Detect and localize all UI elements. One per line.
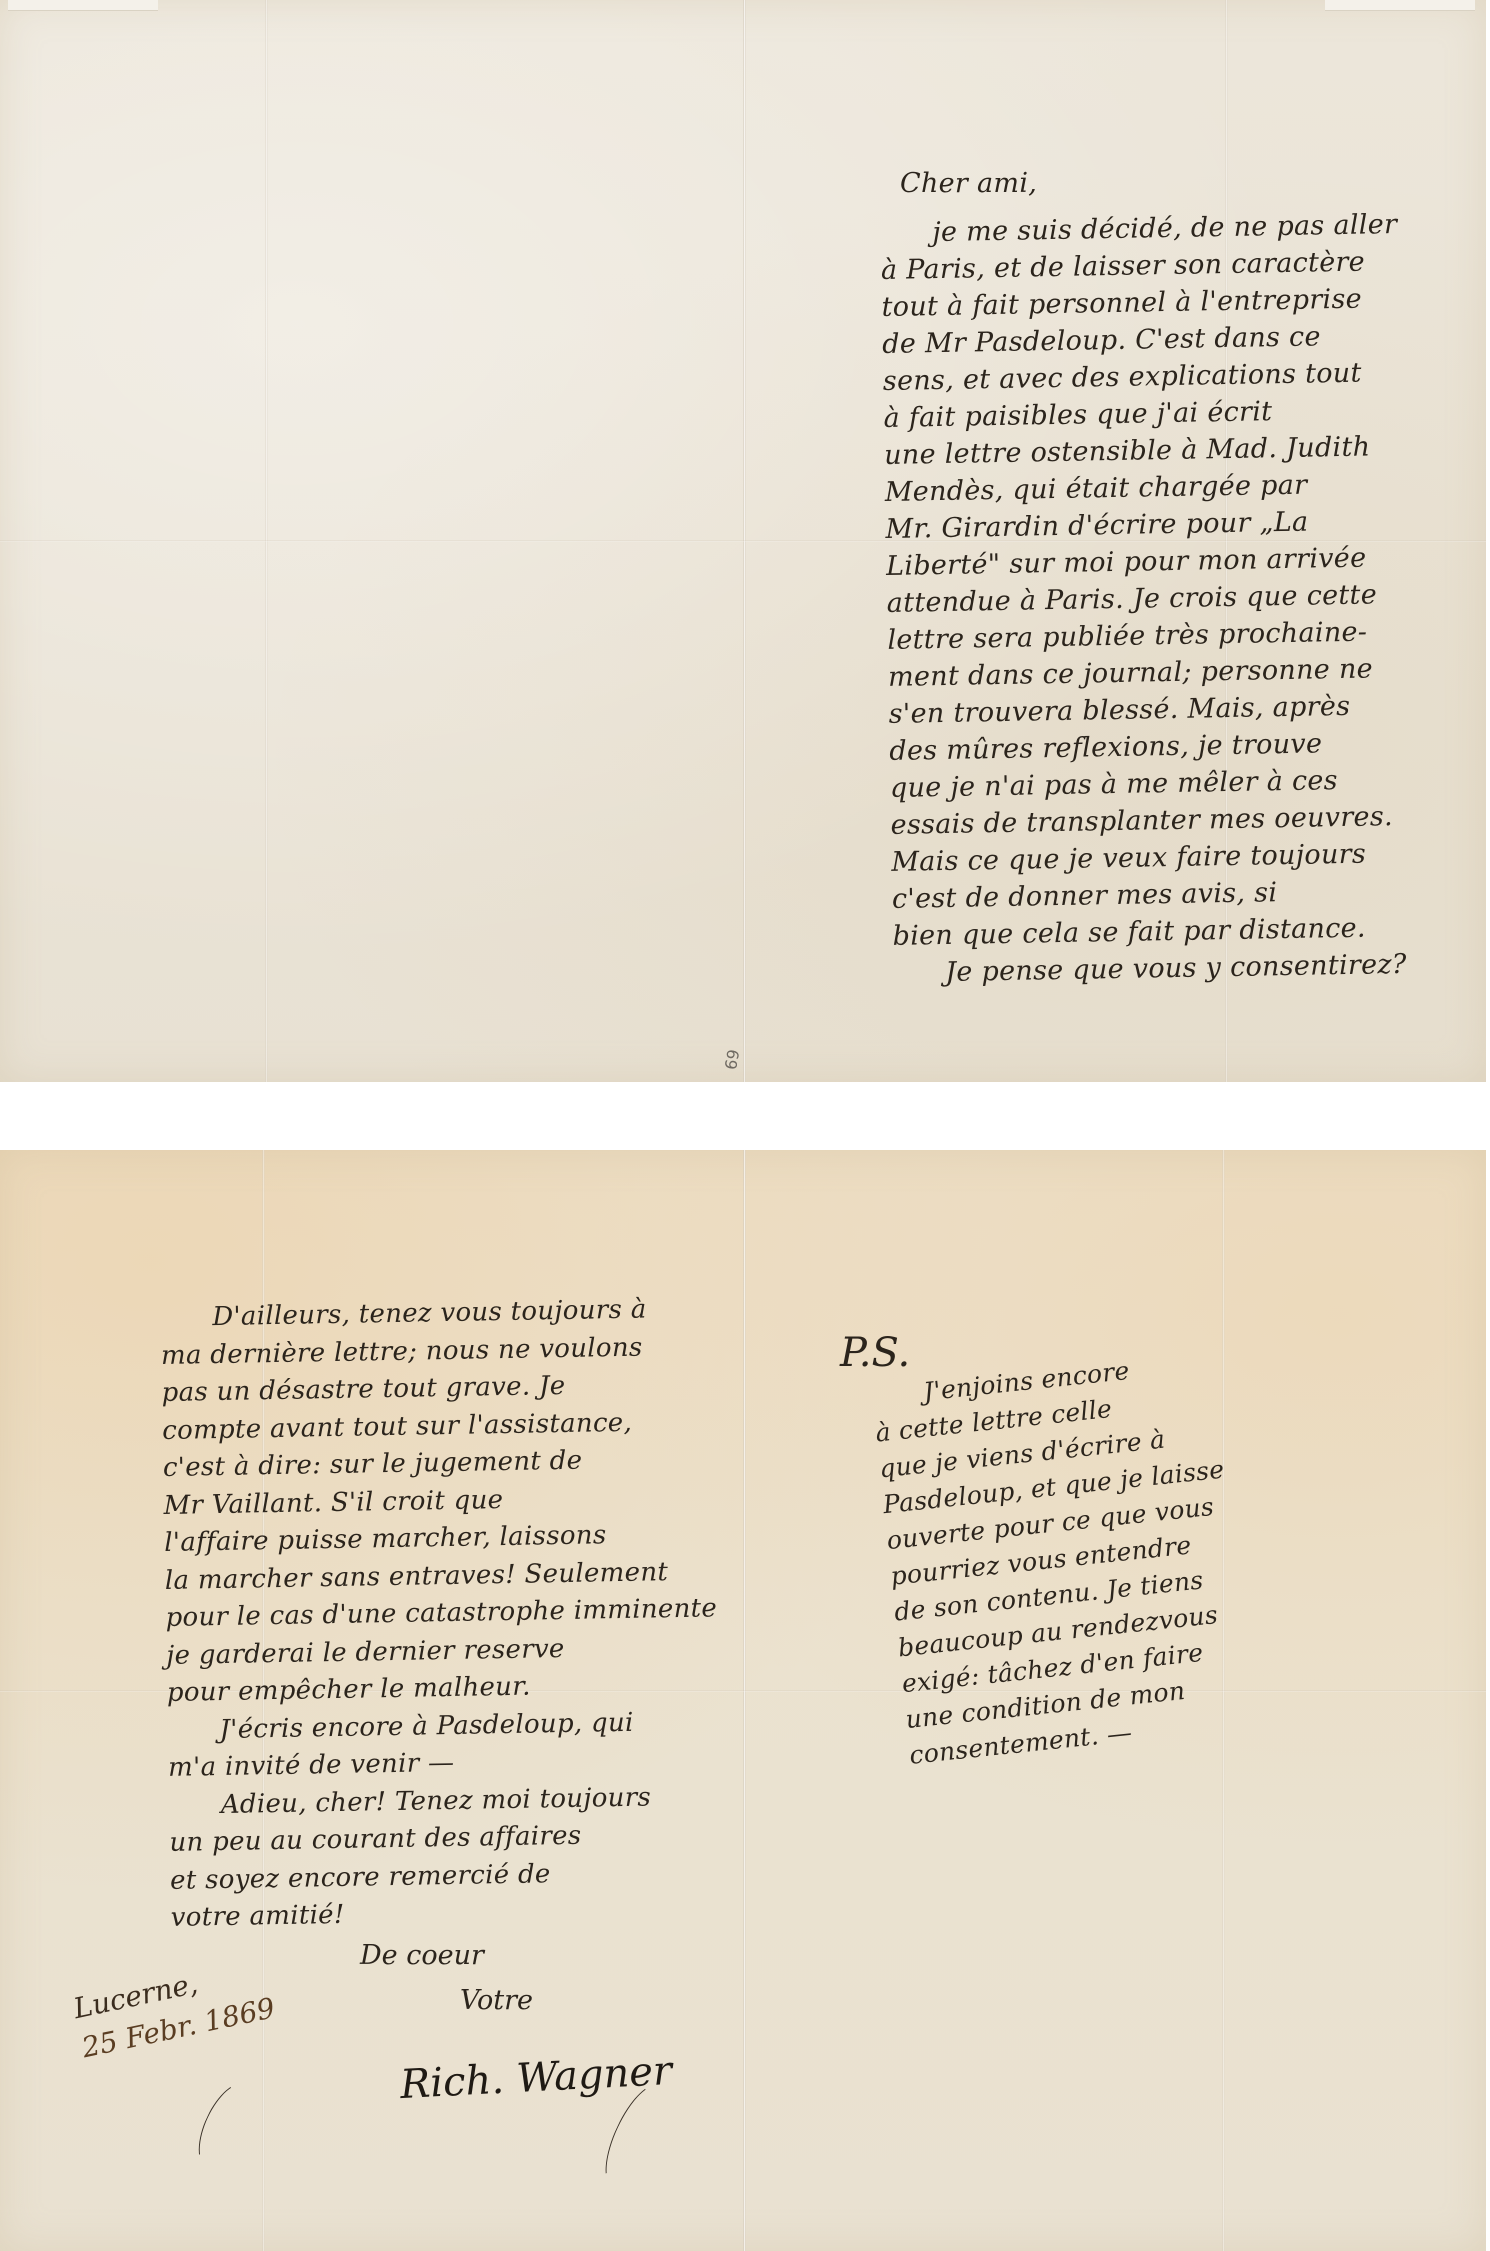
letter-salutation: Cher ami, [900, 165, 1037, 202]
mounting-tab [1325, 0, 1475, 11]
closing-phrase: De coeur [360, 1940, 484, 1971]
postscript-body: J'enjoins encore à cette lettre celle qu… [870, 1336, 1329, 1774]
valediction: Votre [460, 1985, 533, 2016]
letter-page-2-body: D'ailleurs, tenez vous toujours à ma der… [160, 1290, 751, 1938]
blank-left-page: 69 [0, 0, 744, 1082]
postscript-label: P.S. [840, 1330, 910, 1376]
archive-number-mark: 69 [721, 1048, 743, 1071]
letter-page-1-body: je me suis décidé, de ne pas aller à Par… [880, 205, 1483, 992]
